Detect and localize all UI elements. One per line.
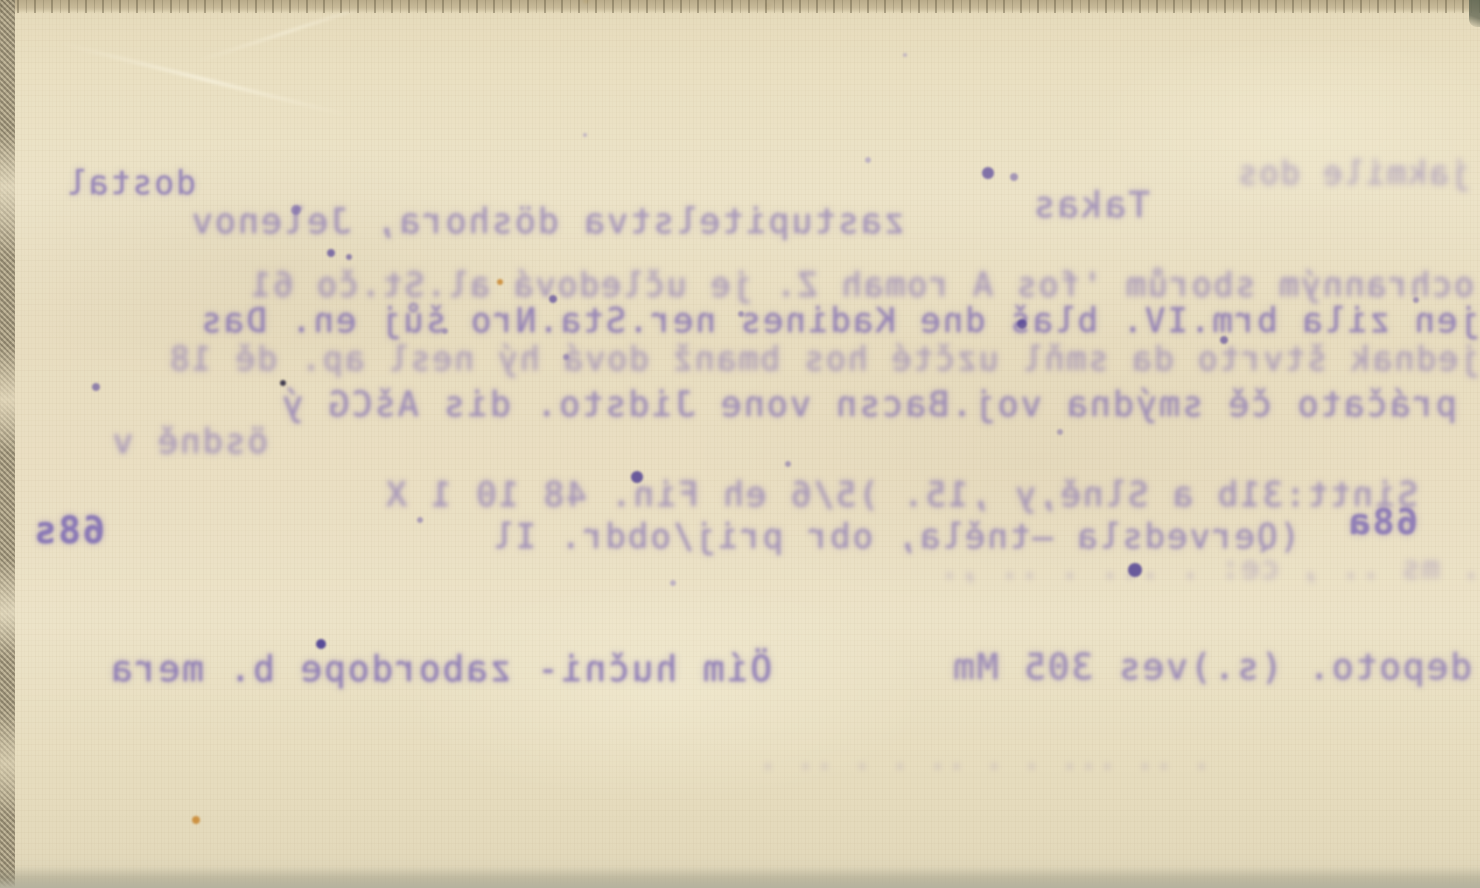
ghost-text-line: ösdně v — [18, 422, 268, 462]
ink-speck — [92, 383, 100, 391]
ghost-text-line: zastupitelstva döshora, Jelenov — [205, 202, 905, 242]
paper-striation-texture — [0, 0, 1480, 888]
ink-speck — [1220, 336, 1228, 344]
woven-backing-edge — [0, 0, 15, 888]
ink-speck — [346, 254, 352, 260]
ink-speck — [327, 249, 335, 257]
ink-speck — [865, 157, 871, 163]
ghost-text-line: Öím hučni- zabordope b. mera — [22, 649, 772, 690]
ink-speck — [316, 639, 326, 649]
ink-speck — [982, 167, 994, 179]
ink-speck — [291, 205, 301, 215]
ink-speck — [1128, 563, 1142, 577]
ghost-text-line: dostal — [46, 163, 196, 202]
ink-speck — [1057, 429, 1063, 435]
ink-speck — [785, 461, 791, 467]
ghost-text-line: Sintt:31b a Slně,y ,15. )5/6 eh Fin. 48 … — [28, 475, 1418, 515]
ghost-text-line: jednak štvrto da smňl uzčté hos bmanž do… — [0, 339, 1480, 378]
ink-speck — [442, 328, 448, 334]
ink-speck — [280, 380, 286, 386]
ghost-text-line: práčato čě smýdna voj.Bacsn vone Jidsto.… — [22, 385, 1457, 425]
ghost-text-line: jakmile dos — [925, 154, 1470, 192]
ghost-text-line: 68a — [1318, 502, 1418, 543]
ghost-text-line: (Qervedsla —tněla, obr prij/obdr. Il — [110, 517, 1300, 557]
document-scan-verso: dostaljakmile doszastupitelstva döshora,… — [0, 0, 1480, 888]
ghost-text-line: 68s — [10, 509, 105, 552]
paper-crease — [59, 42, 351, 117]
ghost-text-line: depoto. (s.)ves 305 Mm — [760, 647, 1472, 688]
ink-speck — [192, 816, 200, 824]
ink-speck — [1017, 319, 1027, 329]
ink-speck — [583, 133, 587, 137]
ink-speck — [738, 311, 744, 317]
ink-speck — [497, 279, 503, 285]
ink-speck — [1413, 297, 1419, 303]
paper-bottom-shadow — [0, 866, 1480, 888]
ghost-text-line: Takas — [975, 185, 1150, 226]
ink-speck — [563, 354, 569, 360]
ink-speck — [903, 53, 907, 57]
ghost-text-line: . ms .. , ce: . ... . .. ,. — [0, 551, 1480, 586]
paper-top-edge — [0, 0, 1480, 13]
ghost-text-line: jen zila brm.IV. blaš dne Kadines ner.St… — [0, 301, 1480, 341]
ink-speck — [549, 295, 557, 303]
ink-speck — [670, 580, 676, 586]
paper-fiber-texture — [0, 0, 1480, 888]
ghost-text-line: · ·· ··· · · ·· · · ·· · — [90, 750, 1210, 783]
ghost-text-line: ochranným sborům 'fos A romah Z. je učle… — [4, 265, 1474, 304]
ink-speck — [417, 517, 423, 523]
corner-notch — [1469, 0, 1480, 27]
ink-speck — [631, 471, 643, 483]
paper-mottling — [0, 0, 1480, 888]
ink-speck — [1010, 173, 1018, 181]
